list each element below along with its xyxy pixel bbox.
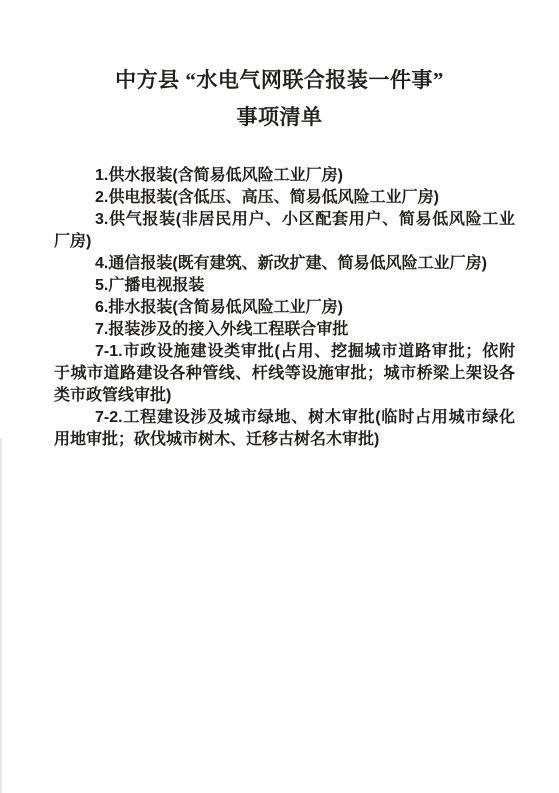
document-title-line-2: 事项清单 xyxy=(0,99,559,136)
list-line-12: 7-2.工程建设涉及城市绿地、树木审批(临时占用城市绿化 xyxy=(54,407,515,429)
list-line-9: 7-1.市政设施建设类审批(占用、挖掘城市道路审批；依附 xyxy=(54,341,515,363)
list-line-10: 于城市道路建设各种管线、杆线等设施审批；城市桥梁上架设各 xyxy=(54,363,515,385)
list-line-1: 1.供水报装(含简易低风险工业厂房) xyxy=(54,165,515,187)
scan-edge-artifact xyxy=(0,438,2,793)
list-line-2: 2.供电报装(含低压、高压、简易低风险工业厂房) xyxy=(54,187,515,209)
list-line-13: 用地审批；砍伐城市树木、迁移古树名木审批) xyxy=(54,429,515,451)
list-line-11: 类市政管线审批) xyxy=(54,385,515,407)
list-line-3: 3.供气报装(非居民用户、小区配套用户、简易低风险工业 xyxy=(54,209,515,231)
list-line-6: 5.广播电视报装 xyxy=(54,275,515,297)
list-line-7: 6.排水报装(含简易低风险工业厂房) xyxy=(54,297,515,319)
document-page: 中方县 “水电气网联合报装一件事” 事项清单 1.供水报装(含简易低风险工业厂房… xyxy=(0,0,559,793)
list-line-8: 7.报装涉及的接入外线工程联合审批 xyxy=(54,319,515,341)
document-title-line-1: 中方县 “水电气网联合报装一件事” xyxy=(0,62,559,99)
document-title: 中方县 “水电气网联合报装一件事” 事项清单 xyxy=(0,62,559,136)
list-line-4: 厂房) xyxy=(54,231,515,253)
list-line-5: 4.通信报装(既有建筑、新改扩建、简易低风险工业厂房) xyxy=(54,253,515,275)
item-list: 1.供水报装(含简易低风险工业厂房) 2.供电报装(含低压、高压、简易低风险工业… xyxy=(54,165,515,451)
